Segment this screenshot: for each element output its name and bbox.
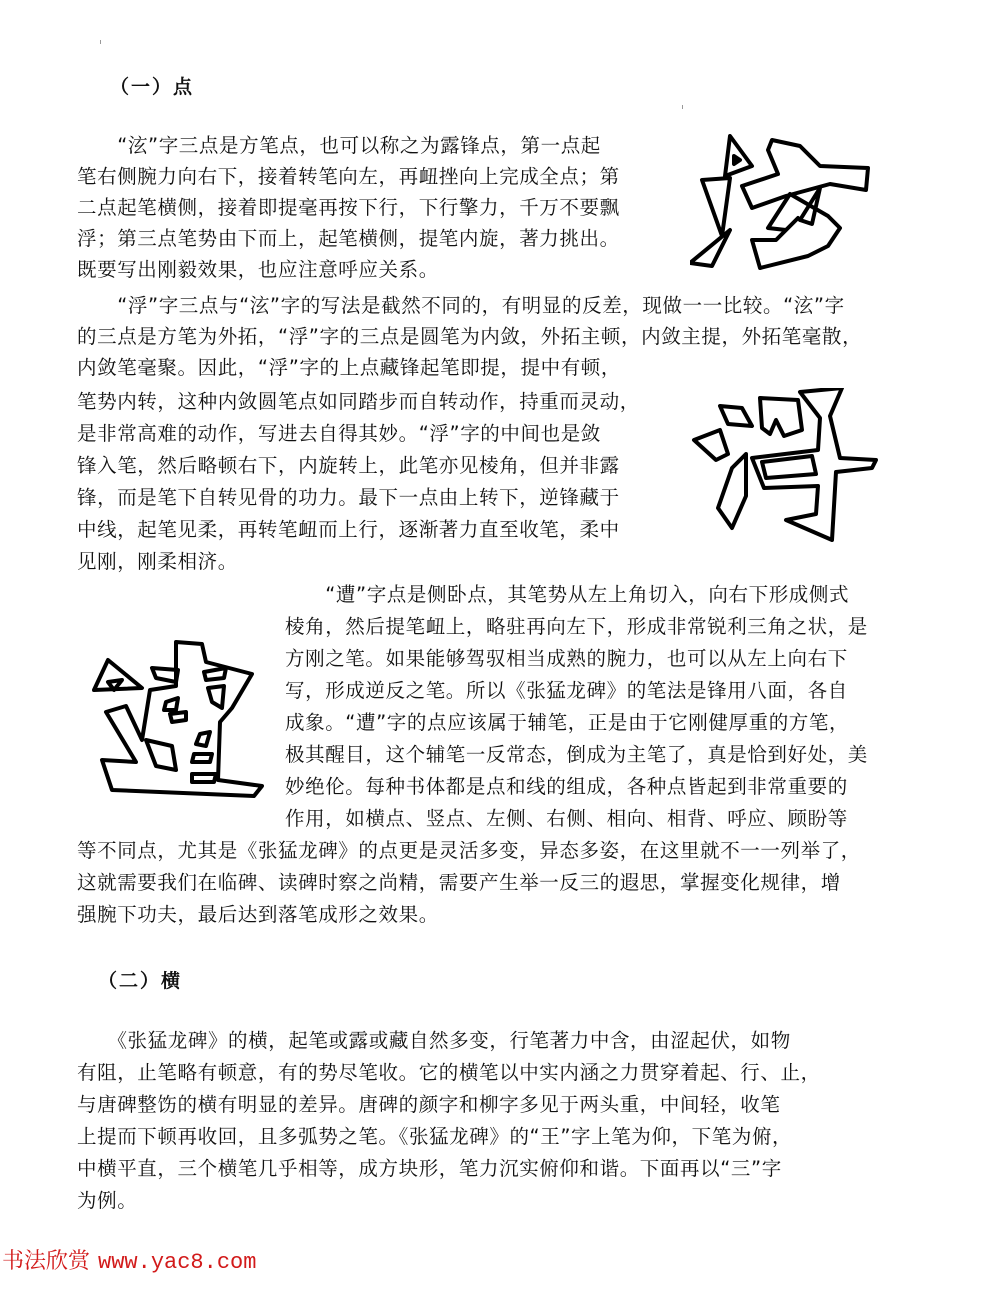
text-line: 与唐碑整饬的横有明显的差异。唐碑的颜字和柳字多见于两头重，中间轻，收笔 [77, 1089, 781, 1120]
text-line: 笔势内转，这种内敛圆笔点如同踏步而自转动作，持重而灵动， [77, 386, 640, 417]
page-mark [100, 40, 101, 44]
text-line: “遭”字点是侧卧点，其笔势从左上角切入，向右下形成侧式 [285, 579, 849, 610]
text-line: “泫”字三点是方笔点，也可以称之为露锋点，第一点起 [77, 130, 601, 161]
text-line: 棱角，然后提笔衄上，略驻再向左下，形成非常锐利三角之状，是 [285, 611, 868, 642]
text-line: 有阻，止笔略有顿意，有的势尽笔收。它的横笔以中实内涵之力贯穿着起、行、止， [77, 1057, 821, 1088]
text-line: 中横平直，三个横笔几乎相等，成方块形，笔力沉实俯仰和谐。下面再以“三”字 [77, 1153, 782, 1184]
text-line: 这就需要我们在临碑、读碑时察之尚精，需要产生举一反三的遐思，掌握变化规律，增 [77, 867, 841, 898]
text-line: 二点起笔横侧，接着即提毫再按下行，下行擎力，千万不要飘 [77, 192, 620, 223]
page-mark [682, 105, 683, 109]
text-line: 妙绝伦。每种书体都是点和线的组成，各种点皆起到非常重要的 [285, 771, 848, 802]
text-line: 作用，如横点、竖点、左侧、右侧、相向、相背、呼应、顾盼等 [285, 803, 848, 834]
section-heading-horizontal: （二）横 [98, 966, 182, 993]
site-name: 书法欣赏 [2, 1249, 90, 1274]
text-line: 成象。“遭”字的点应该属于辅笔，正是由于它刚健厚重的方笔， [285, 707, 849, 738]
text-line: 锋，而是笔下自转见骨的功力。最下一点由上转下，逆锋藏于 [77, 482, 620, 513]
text-line: 中线，起笔见柔，再转笔衄而上行，逐渐著力直至收笔，柔中 [77, 514, 620, 545]
text-line: 锋入笔，然后略顿右下，内旋转上，此笔亦见棱角，但并非露 [77, 450, 620, 481]
text-line: 等不同点，尤其是《张猛龙碑》的点更是灵活多变，异态多姿，在这里就不一一列举了， [77, 835, 861, 866]
text-line: 强腕下功夫，最后达到落笔成形之效果。 [77, 899, 439, 930]
calligraphy-figure-zao [92, 630, 267, 800]
text-line: 为例。 [77, 1185, 137, 1216]
site-url-link[interactable]: www.yac8.com [98, 1250, 256, 1275]
text-line: 写，形成逆反之笔。所以《张猛龙碑》的笔法是锋用八面，各自 [285, 675, 848, 706]
text-line: 既要写出刚毅效果，也应注意呼应关系。 [77, 254, 439, 285]
text-line: 方刚之笔。如果能够驾驭相当成熟的腕力，也可以从左上向右下 [285, 643, 848, 674]
text-line: 笔右侧腕力向右下，接着转笔向左，再衄挫向上完成全点；第 [77, 161, 620, 192]
section-heading-dot: （一）点 [110, 72, 194, 99]
text-line: 浮；第三点笔势由下而上，起笔横侧，提笔内旋，著力挑出。 [77, 223, 620, 254]
text-line: 见刚，刚柔相济。 [77, 546, 238, 577]
text-line: 内敛笔毫聚。因此，“浮”字的上点藏锋起笔即提，提中有顿， [77, 352, 621, 383]
text-line: “浮”字三点与“泫”字的写法是截然不同的，有明显的反差，现做一一比较。“泫”字 [77, 290, 845, 321]
text-line: 的三点是方笔为外拓，“浮”字的三点是圆笔为内敛，外拓主顿，内敛主提，外拓笔毫散， [77, 321, 862, 352]
text-line: 极其醒目，这个辅笔一反常态，倒成为主笔了，真是恰到好处，美 [285, 739, 868, 770]
calligraphy-figure-fu [680, 388, 880, 553]
text-line: 上提而下顿再收回，且多弧势之笔。《张猛龙碑》的“王”字上笔为仰，下笔为俯， [77, 1121, 792, 1152]
calligraphy-figure-xuan [690, 128, 870, 278]
site-watermark: 书法欣赏www.yac8.com [2, 1244, 256, 1275]
text-line: 是非常高难的动作，写进去自得其妙。“浮”字的中间也是敛 [77, 418, 601, 449]
text-line: 《张猛龙碑》的横，起笔或露或藏自然多变，行笔著力中含，由涩起伏，如物 [77, 1025, 791, 1056]
